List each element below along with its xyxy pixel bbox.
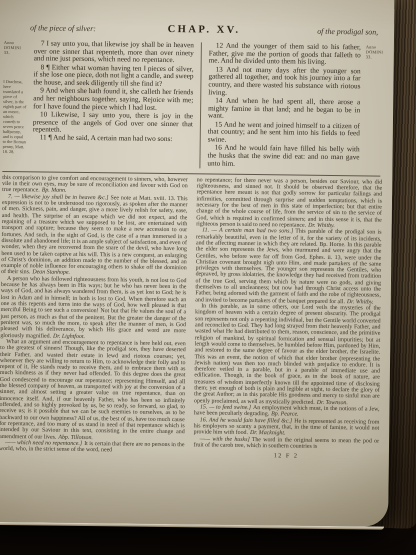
note-attribution: Bp. Pearce. [271, 412, 299, 418]
commentary-paragraph: A person who has followed righteousness … [0, 276, 186, 341]
note-text: In this parable, as in some others, our … [194, 303, 381, 405]
running-header-right: of the prodigal son, [241, 26, 379, 37]
note-text: this comparison to give comfort and enco… [2, 175, 188, 194]
printer-signature: 12 F 2 [193, 452, 379, 461]
note-text: What an argument and encouragement to re… [0, 339, 186, 440]
commentary-paragraph: this comparison to give comfort and enco… [2, 175, 188, 196]
commentary-paragraph: —— which need no repentance.]It is certa… [0, 440, 185, 455]
verse-9: 9 And when she hath found it, she callet… [33, 88, 193, 113]
verse-12: 12 And the younger of them said to his f… [209, 42, 361, 67]
verse-8: 8 ¶ Either what woman having ten ‖ piece… [33, 64, 193, 89]
running-header: of the piece of silver: CHAP. XV. of the… [30, 22, 378, 37]
commentary-paragraph: 16. And he would fain have filled &c.]He… [194, 417, 380, 438]
book-page: of the piece of silver: CHAP. XV. of the… [0, 0, 395, 527]
anno-domini-note-left: Anno DOMINI 33. [4, 40, 28, 55]
note-text: This parable of the prodigal son is rema… [195, 229, 381, 305]
commentary-section: this comparison to give comfort and enco… [0, 175, 382, 461]
verse-13: 13 And not many days after the younger s… [208, 66, 360, 99]
note-text: A person who has followed righteousness … [0, 276, 186, 339]
verse-11: 11 ¶ And he said, A certain man had two … [33, 135, 193, 145]
chapter-heading: CHAP. XV. [168, 24, 241, 36]
verse-7: 7 I say unto you, that likewise joy shal… [34, 40, 194, 65]
scripture-column-right: 12 And the younger of them said to his f… [199, 42, 363, 170]
commentary-paragraph: no repentance; for there never was a per… [196, 177, 382, 230]
verse-14: 14 And when he had spent all, there aros… [208, 97, 360, 122]
verse-16: 16 And he would fain have filled his bel… [207, 145, 359, 170]
scripture-section: Anno DOMINI 33. ‖ Drachma, here translat… [2, 40, 384, 170]
note-attribution: Abp. Tillotson. [58, 434, 93, 440]
drachma-margin-note: ‖ Drachma, here translated a piece of si… [3, 79, 28, 154]
page-content: of the piece of silver: CHAP. XV. of the… [0, 0, 395, 461]
verse-15: 15 And he went and joined himself to a c… [208, 121, 360, 146]
commentary-paragraph: 11. — A certain man had two sons.]This p… [195, 228, 381, 306]
commentary-column-left: this comparison to give comfort and enco… [0, 175, 188, 459]
running-header-left: of the piece of silver: [30, 23, 168, 34]
book-photo: of the piece of silver: CHAP. XV. of the… [0, 0, 416, 555]
commentary-paragraph: —— with the husks]The word in the origin… [193, 436, 379, 451]
commentary-paragraph: In this parable, as in some others, our … [194, 303, 381, 406]
scripture-column-left: 7 I say unto you, that likewise joy shal… [29, 40, 201, 168]
commentary-paragraph: 7. — likewise joy shall be in heaven &c.… [1, 194, 187, 278]
commentary-paragraph: What an argument and encouragement to re… [0, 339, 186, 442]
verse-10: 10 Likewise, I say unto you, there is jo… [33, 111, 193, 136]
left-margin-notes: Anno DOMINI 33. ‖ Drachma, here translat… [2, 40, 31, 166]
right-margin-notes: Anno DOMINI 33. [361, 44, 384, 170]
note-text: no repentance; for there never was a per… [196, 177, 382, 229]
commentary-column-right: no repentance; for there never was a per… [193, 177, 382, 461]
anno-domini-note-right: Anno DOMINI 33. [366, 44, 384, 59]
note-text: See note at Matt. xviii. 13. This expres… [1, 195, 187, 276]
note-attribution: Bp. Mann. [42, 188, 67, 194]
